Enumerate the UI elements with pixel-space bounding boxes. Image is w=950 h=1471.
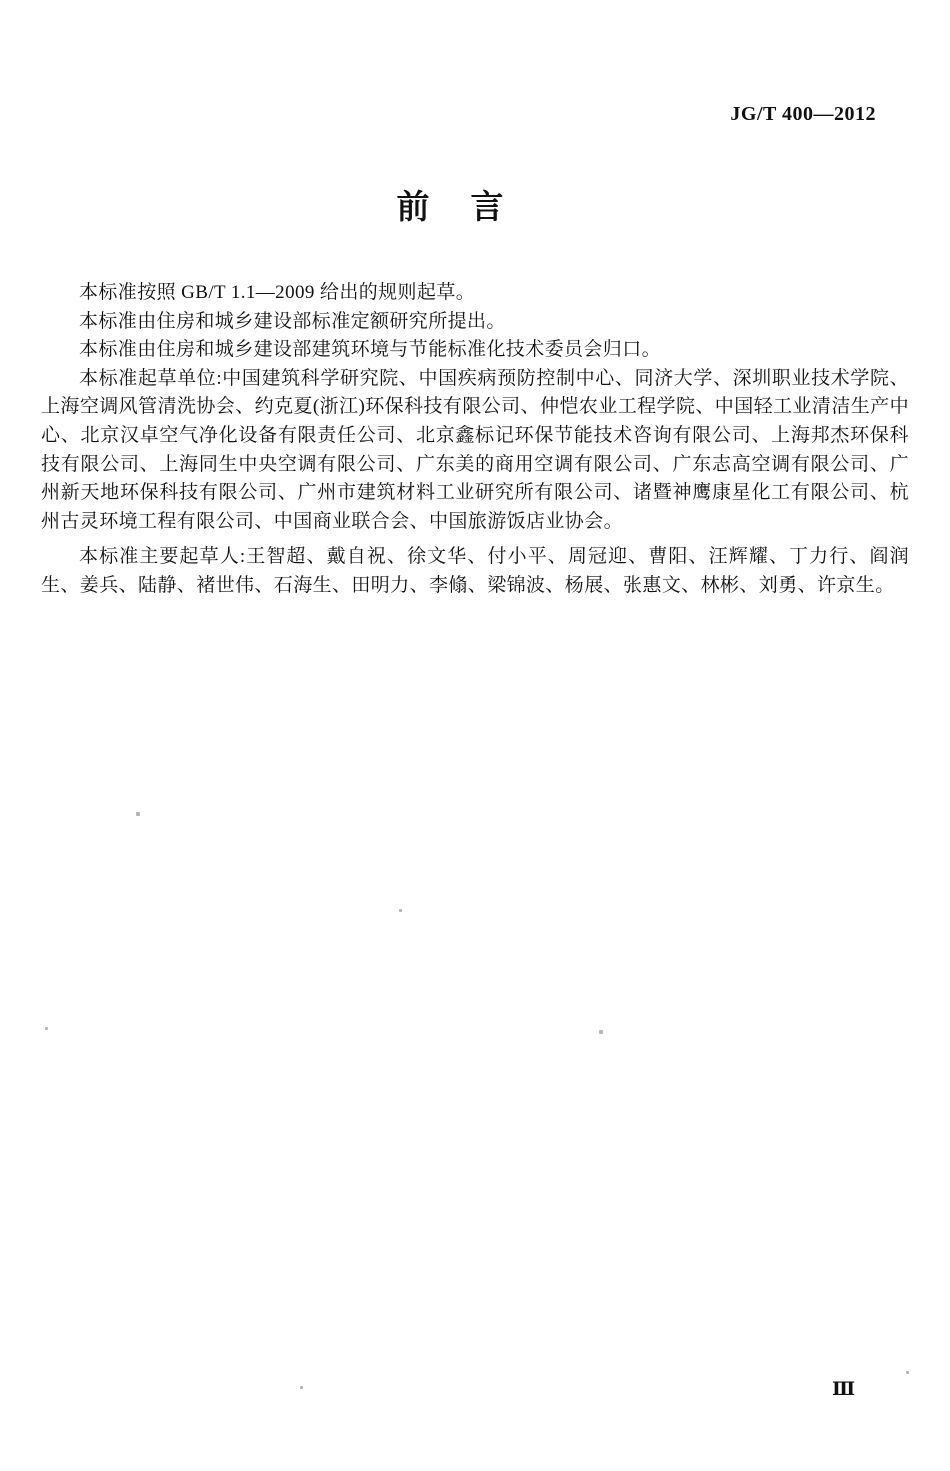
foreword-paragraph-proposer: 本标准由住房和城乡建设部标准定额研究所提出。 — [41, 308, 909, 337]
document-page: JG/T 400—2012 前 言 本标准按照 GB/T 1.1—2009 给出… — [0, 0, 950, 1471]
scan-artifact-speck — [399, 909, 402, 912]
standard-number-header: JG/T 400—2012 — [730, 103, 876, 126]
foreword-title: 前 言 — [0, 189, 900, 229]
scan-artifact-speck — [906, 1371, 909, 1374]
scan-artifact-speck — [599, 1030, 603, 1034]
foreword-paragraph-basis: 本标准按照 GB/T 1.1—2009 给出的规则起草。 — [41, 279, 909, 308]
page-number: Ⅲ — [832, 1378, 856, 1401]
scan-artifact-speck — [300, 1386, 303, 1389]
foreword-paragraph-committee: 本标准由住房和城乡建设部建筑环境与节能标准化技术委员会归口。 — [41, 336, 909, 365]
scan-artifact-speck — [136, 812, 140, 816]
foreword-body: 本标准按照 GB/T 1.1—2009 给出的规则起草。 本标准由住房和城乡建设… — [41, 279, 909, 601]
scan-artifact-speck — [45, 1027, 48, 1030]
foreword-paragraph-drafting-units: 本标准起草单位:中国建筑科学研究院、中国疾病预防控制中心、同济大学、深圳职业技术… — [41, 365, 909, 537]
foreword-paragraph-drafters: 本标准主要起草人:王智超、戴自祝、徐文华、付小平、周冠迎、曹阳、汪辉耀、丁力行、… — [41, 543, 909, 600]
foreword-title-char-left: 前 — [397, 189, 430, 229]
foreword-title-char-right: 言 — [471, 189, 504, 229]
